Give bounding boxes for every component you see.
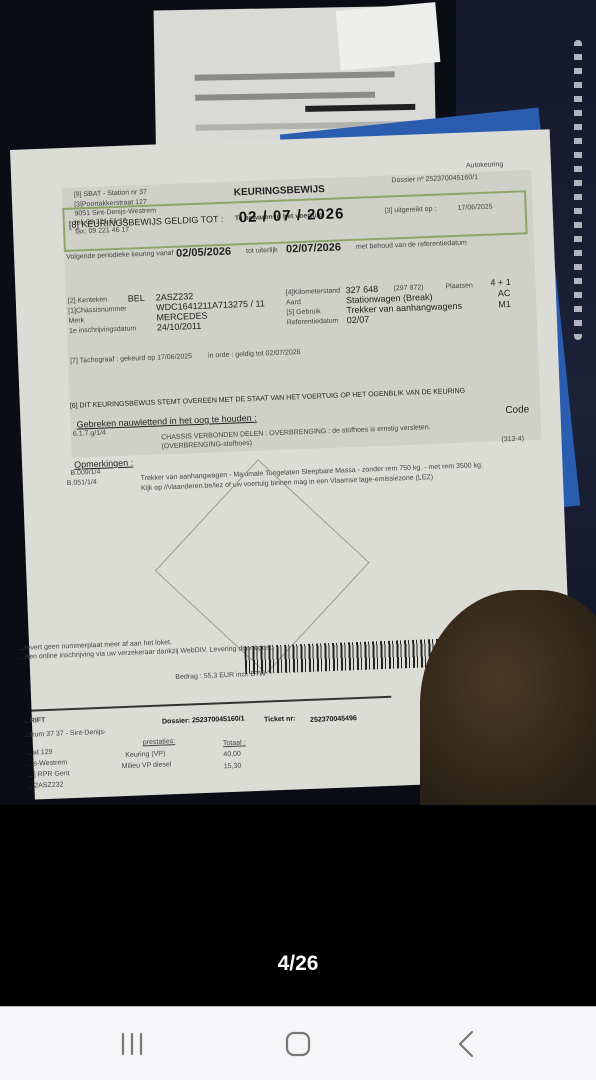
receipt-item-amount: 15,30 — [224, 763, 242, 771]
recents-button[interactable] — [112, 1027, 152, 1061]
services-label: prestaties: — [143, 738, 176, 746]
remark-ref-1: B.009/1/4 — [70, 469, 100, 477]
home-button[interactable] — [278, 1027, 318, 1061]
plate-country: BEL — [128, 293, 145, 304]
ticket-number: 252370045496 — [310, 715, 357, 724]
odometer-previous: (297 872) — [393, 284, 423, 292]
body-code: AC — [498, 288, 511, 298]
receipt-left-line: ...s-Westrem — [27, 759, 67, 768]
receipt-left-line: ...] RPR Gent — [28, 770, 70, 779]
ref-date-value: 02/07 — [347, 314, 370, 325]
defect-ref: 6.1.7.g/1/4 — [73, 430, 106, 438]
inspection-type: Autokeuring — [466, 161, 504, 169]
recents-icon — [119, 1032, 145, 1056]
sticker-label — [336, 2, 441, 70]
receipt-item-amount: 40,00 — [223, 751, 241, 759]
vehicle-category: M1 — [498, 299, 511, 309]
total-label: Totaal : — [223, 739, 246, 747]
receipt-section: ...RIFT Dossier: 252370045160/1 Ticket n… — [31, 696, 394, 802]
receipt-header: ...RIFT — [24, 717, 46, 725]
back-button[interactable] — [446, 1027, 486, 1061]
next-inspection-to: 02/07/2026 — [286, 241, 341, 255]
home-icon — [285, 1031, 311, 1057]
photo-viewer-image[interactable]: [9] SBAT - Station nr 37 [3]Poortakkerst… — [0, 0, 596, 805]
receipt-dossier: Dossier: 252370045160/1 — [162, 715, 245, 725]
brand-label: Merk — [68, 317, 84, 325]
receipt-address: ...trum 37 37 - Sint-Denijs- — [24, 729, 106, 739]
system-navigation-bar — [0, 1006, 596, 1080]
seats-value: 4 + 1 — [490, 277, 511, 288]
receipt-left-line: ...2ASZ232 — [28, 781, 63, 789]
bead-trim — [574, 40, 582, 340]
next-inspection-from: 02/05/2026 — [176, 246, 231, 260]
defect-code: (313-4) — [501, 435, 524, 443]
first-reg-value: 24/10/2011 — [157, 321, 202, 333]
next-inspection-to-label: tot uiterlijk — [246, 247, 278, 255]
code-label: Code — [505, 404, 529, 416]
receipt-left-line: ...at 129 — [27, 749, 53, 757]
use-label: [5] Gebruik — [286, 308, 320, 316]
kind-label: Aard — [286, 299, 301, 307]
receipt-item-name: Milieu VP diesel — [122, 761, 172, 770]
seats-label: Plaatsen — [445, 282, 472, 290]
ticket-label: Ticket nr: — [264, 715, 296, 723]
back-icon — [456, 1030, 476, 1058]
remarks-title: Opmerkingen : — [74, 458, 133, 470]
amount: Bedrag : 55,3 EUR incl. BTW — [175, 671, 266, 681]
remark-ref-2: B.051/1/4 — [67, 479, 97, 487]
page-counter: 4/26 — [0, 952, 596, 976]
receipt-item-name: Keuring (VP) — [125, 750, 165, 759]
